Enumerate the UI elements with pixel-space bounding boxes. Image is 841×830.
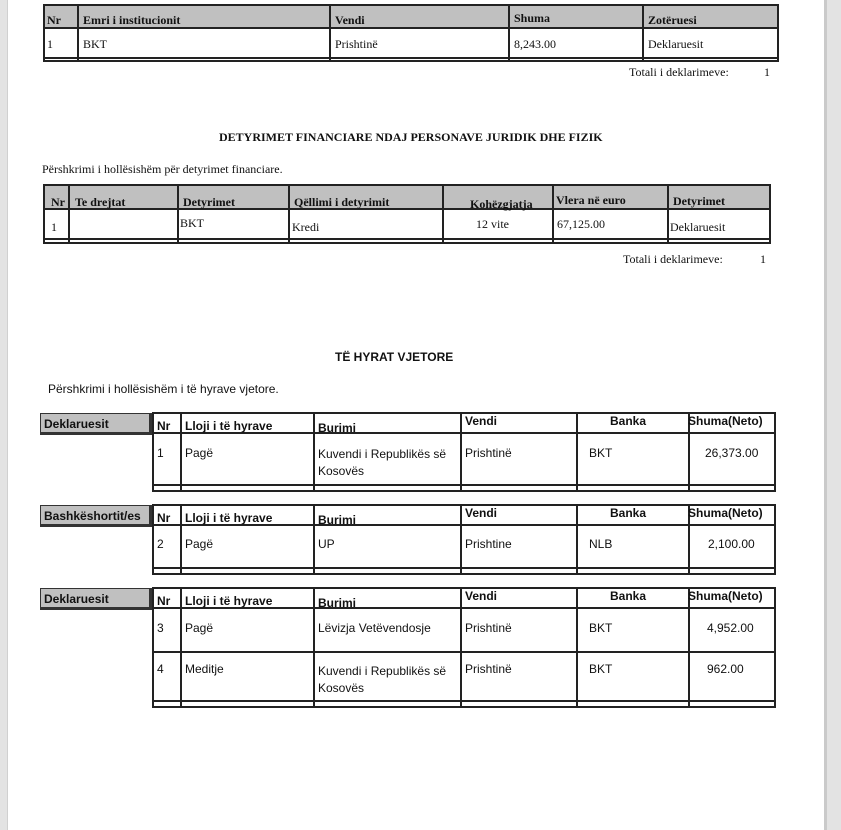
cell-nr: 1: [51, 220, 57, 235]
cell-amount: 26,373.00: [705, 446, 758, 460]
cell-nr: 4: [157, 662, 164, 676]
col-header-amount: Shuma(Neto): [688, 414, 763, 428]
document-page: Nr Emri i institucionit Vendi Shuma Zotë…: [8, 0, 824, 830]
cell-source: Lëvizja Vetëvendosje: [318, 621, 431, 635]
col-header-purpose: Qëllimi i detyrimit: [294, 195, 389, 210]
col-header-type: Lloji i të hyrave: [185, 594, 272, 608]
cell-type: Pagë: [185, 537, 213, 551]
cell-nr: 1: [47, 37, 53, 52]
income-section-title: TË HYRAT VJETORE: [335, 350, 453, 364]
institutions-table: Nr Emri i institucionit Vendi Shuma Zotë…: [43, 4, 779, 62]
col-header-bank: Banka: [610, 506, 646, 520]
liabilities-total-value: 1: [760, 252, 766, 267]
col-header-bank: Banka: [610, 589, 646, 603]
cell-holder: Deklaruesit: [670, 220, 725, 235]
liabilities-section-title: DETYRIMET FINANCIARE NDAJ PERSONAVE JURI…: [219, 130, 603, 145]
cell-place: Prishtine: [465, 537, 512, 551]
cell-bank: BKT: [589, 621, 612, 635]
col-header-type: Lloji i të hyrave: [185, 419, 272, 433]
cell-bank: NLB: [589, 537, 612, 551]
cell-source: Kuvendi i Republikës së Kosovës: [318, 446, 458, 480]
col-header-source: Burimi: [318, 421, 356, 435]
cell-source: Kuvendi i Republikës së Kosovës: [318, 663, 458, 697]
col-header-amount: Shuma: [514, 11, 550, 26]
col-header-place: Vendi: [465, 589, 497, 603]
liabilities-description: Përshkrimi i hollësishëm për detyrimet f…: [42, 162, 283, 177]
cell-owner: Deklaruesit: [648, 37, 703, 52]
viewer-background-right: [824, 0, 841, 830]
cell-amount: 4,952.00: [707, 621, 754, 635]
col-header-nr: Nr: [157, 419, 170, 433]
income-group-label: Bashkëshortit/es: [40, 505, 152, 527]
cell-amount: 8,243.00: [514, 37, 556, 52]
col-header-nr: Nr: [47, 13, 61, 28]
cell-value: 67,125.00: [557, 217, 605, 232]
income-table: Nr Lloji i të hyrave Burimi Vendi Banka …: [152, 587, 776, 708]
col-header-place: Vendi: [335, 13, 365, 28]
col-header-source: Burimi: [318, 513, 356, 527]
col-header-holder: Detyrimet: [673, 194, 725, 209]
cell-amount: 2,100.00: [708, 537, 755, 551]
cell-place: Prishtinë: [465, 662, 512, 676]
col-header-obligations: Detyrimet: [183, 195, 235, 210]
cell-source: UP: [318, 537, 335, 551]
col-header-nr: Nr: [157, 594, 170, 608]
institutions-total-label: Totali i deklarimeve:: [629, 65, 729, 80]
income-group-label: Deklaruesit: [40, 588, 152, 610]
cell-place: Prishtinë: [465, 446, 512, 460]
cell-amount: 962.00: [707, 662, 744, 676]
cell-nr: 3: [157, 621, 164, 635]
income-description: Përshkrimi i hollësishëm i të hyrave vje…: [48, 382, 279, 396]
col-header-bank: Banka: [610, 414, 646, 428]
cell-type: Pagë: [185, 621, 213, 635]
col-header-institution: Emri i institucionit: [83, 13, 180, 28]
cell-obligations: BKT: [180, 216, 204, 231]
income-table: Nr Lloji i të hyrave Burimi Vendi Banka …: [152, 504, 776, 575]
cell-type: Meditje: [185, 662, 224, 676]
viewer-background-left: [0, 0, 8, 830]
cell-purpose: Kredi: [292, 220, 319, 235]
col-header-amount: Shuma(Neto): [688, 506, 763, 520]
col-header-amount: Shuma(Neto): [688, 589, 763, 603]
col-header-owner: Zotëruesi: [648, 13, 697, 28]
cell-place: Prishtinë: [335, 37, 378, 52]
cell-duration: 12 vite: [476, 217, 509, 232]
col-header-duration: Kohëzgjatja: [470, 197, 533, 212]
liabilities-total-label: Totali i deklarimeve:: [623, 252, 723, 267]
col-header-value: Vlera në euro: [556, 193, 626, 208]
cell-bank: BKT: [589, 446, 612, 460]
col-header-nr: Nr: [51, 195, 65, 210]
col-header-rights: Te drejtat: [75, 195, 125, 210]
income-table: Nr Lloji i të hyrave Burimi Vendi Banka …: [152, 412, 776, 492]
col-header-source: Burimi: [318, 596, 356, 610]
col-header-place: Vendi: [465, 506, 497, 520]
col-header-type: Lloji i të hyrave: [185, 511, 272, 525]
cell-nr: 1: [157, 446, 164, 460]
cell-place: Prishtinë: [465, 621, 512, 635]
cell-nr: 2: [157, 537, 164, 551]
col-header-nr: Nr: [157, 511, 170, 525]
col-header-place: Vendi: [465, 414, 497, 428]
cell-type: Pagë: [185, 446, 213, 460]
income-group-label: Deklaruesit: [40, 413, 152, 435]
cell-institution: BKT: [83, 37, 107, 52]
liabilities-table: Nr Te drejtat Detyrimet Qëllimi i detyri…: [43, 184, 771, 244]
institutions-total-value: 1: [764, 65, 770, 80]
cell-bank: BKT: [589, 662, 612, 676]
